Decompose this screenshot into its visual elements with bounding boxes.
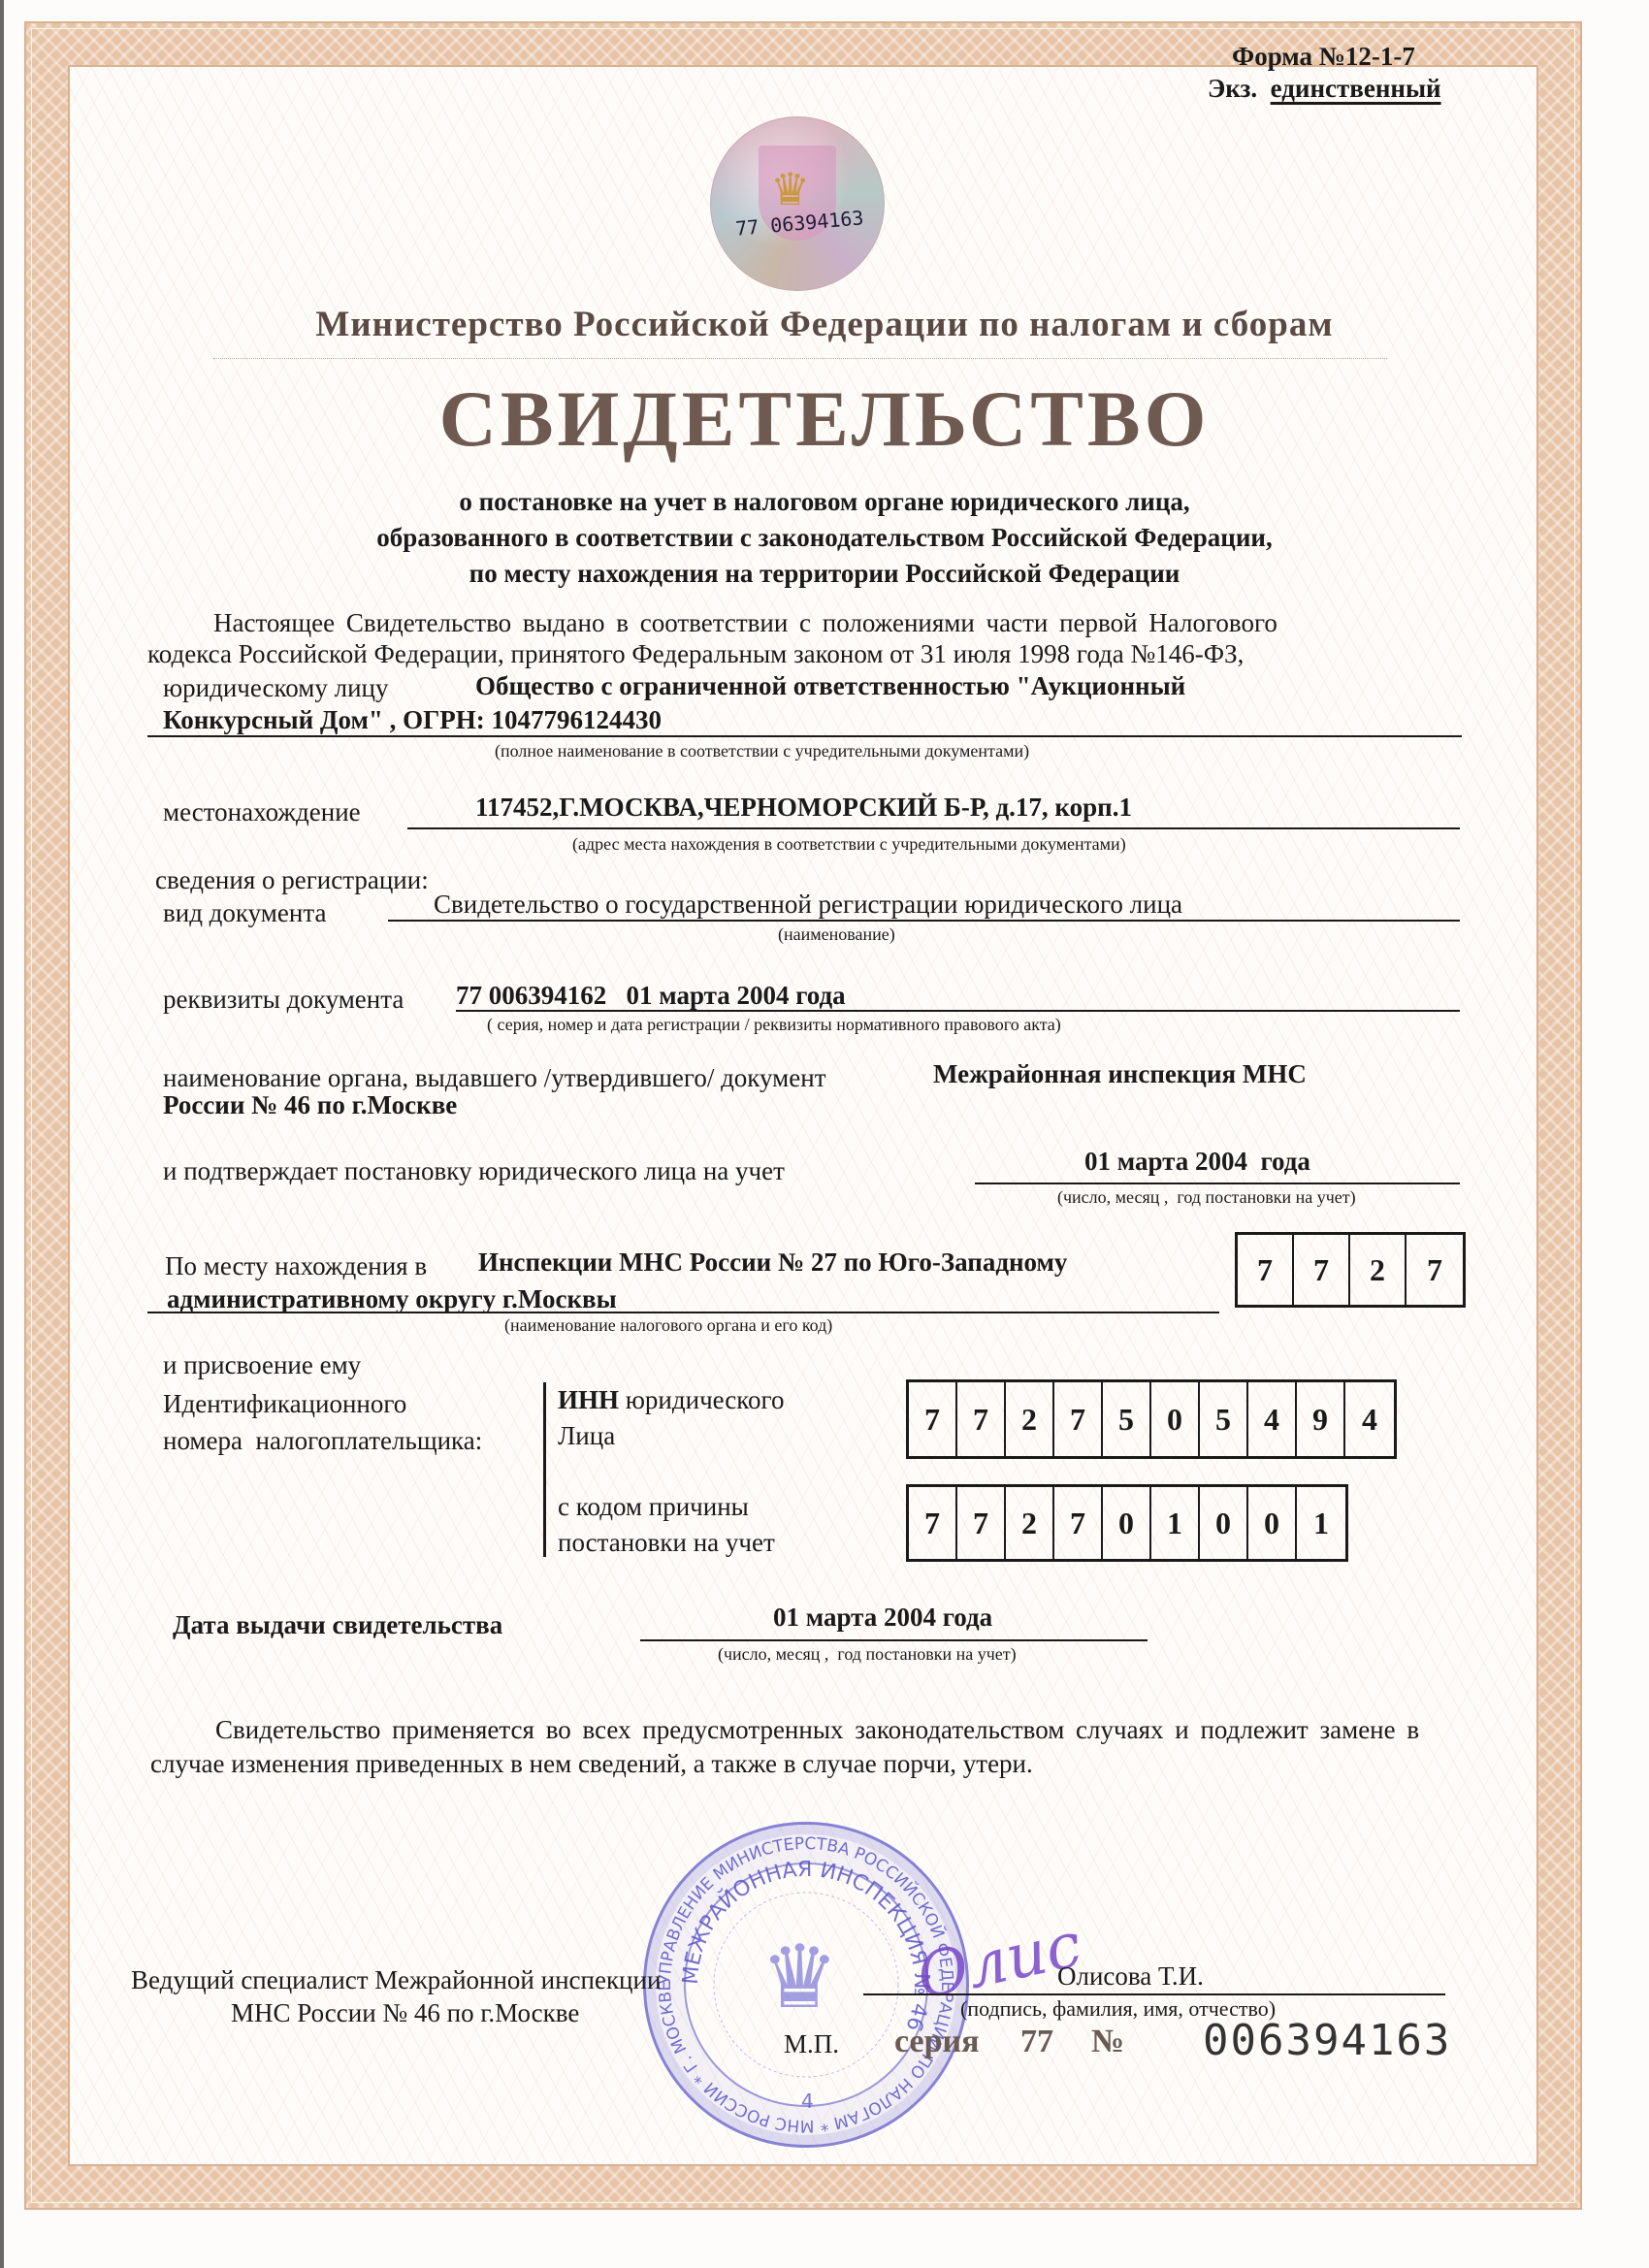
inn-label-line-3: номера налогоплательщика: <box>163 1426 482 1456</box>
certificate-page: Форма №12-1-7 Экз. единственный ♛ 77 063… <box>0 0 1649 2268</box>
inn-label-line-1: и присвоение ему <box>163 1350 361 1380</box>
inn-label-line-2: Идентификационного <box>163 1389 406 1419</box>
issue-date-underline <box>640 1639 1148 1641</box>
inn-abbreviation: ИНН <box>558 1385 619 1414</box>
code-digit-cell: 4 <box>1345 1382 1394 1456</box>
code-digit-cell: 0 <box>1248 1487 1297 1559</box>
stamp-eagle-icon: ♛ <box>760 1927 839 2028</box>
signatory-name: Олисова Т.И. <box>1057 1961 1204 1992</box>
confirmation-note: (число, месяц , год постановки на учет) <box>1057 1187 1356 1208</box>
ministry-name: Министерство Российской Федерации по нал… <box>0 304 1649 345</box>
location-value: 117452,Г.МОСКВА,ЧЕРНОМОРСКИЙ Б-Р, д.17, … <box>475 793 1132 823</box>
subtitle-line-1: о постановке на учет в налоговом органе … <box>0 484 1649 520</box>
number-sign: № <box>1091 2024 1124 2060</box>
tax-office-code-box: 7727 <box>1235 1232 1466 1308</box>
tax-office-underline <box>147 1312 1219 1313</box>
code-digit-cell: 1 <box>1297 1487 1345 1559</box>
kpp-label-line-2: постановки на учет <box>558 1528 775 1558</box>
form-number: Форма №12-1-7 <box>1232 42 1415 72</box>
code-digit-cell: 7 <box>1406 1235 1463 1305</box>
requisites-label: реквизиты документа <box>163 985 404 1015</box>
document-title: СВИДЕТЕЛЬСТВО <box>0 373 1649 465</box>
intro-line-2: кодекса Российской Федерации, принятого … <box>147 639 1244 669</box>
code-digit-cell: 9 <box>1297 1382 1345 1456</box>
code-digit-cell: 0 <box>1103 1487 1151 1559</box>
code-digit-cell: 4 <box>1248 1382 1297 1456</box>
code-digit-cell: 5 <box>1200 1382 1248 1456</box>
hologram-seal: ♛ 77 06394163 <box>710 116 885 291</box>
requisites-value: 77 006394162 01 марта 2004 года <box>456 981 846 1011</box>
code-digit-cell: 0 <box>1151 1382 1200 1456</box>
location-note: (адрес места нахождения в соответствии с… <box>572 834 1126 855</box>
issue-date-value: 01 марта 2004 года <box>773 1603 992 1633</box>
code-digit-cell: 7 <box>957 1382 1006 1456</box>
issue-date-label: Дата выдачи свидетельства <box>173 1610 502 1640</box>
header-divider <box>213 358 1387 359</box>
doc-type-label: вид документа <box>163 898 326 928</box>
code-digit-cell: 2 <box>1350 1235 1406 1305</box>
code-digit-cell: 2 <box>1006 1487 1054 1559</box>
code-digit-cell: 0 <box>1200 1487 1248 1559</box>
entity-label: юридическому лицу <box>163 673 388 703</box>
tax-office-value-line-2: административному округу г.Москвы <box>167 1284 617 1314</box>
inn-code-box: 7727505494 <box>906 1379 1397 1459</box>
code-digit-cell: 7 <box>1054 1382 1103 1456</box>
code-digit-cell: 7 <box>909 1382 957 1456</box>
inn-type-label-rest: юридического <box>619 1385 784 1414</box>
copy-label: Экз. <box>1208 74 1257 103</box>
copy-designation: Экз. единственный <box>1208 74 1441 104</box>
location-label: местонахождение <box>163 797 361 827</box>
requisites-note: ( серия, номер и дата регистрации / рекв… <box>487 1015 1061 1035</box>
doc-type-value: Свидетельство о государственной регистра… <box>434 890 1182 920</box>
code-digit-cell: 7 <box>957 1487 1006 1559</box>
issuer-value-line-1: Межрайонная инспекция МНС <box>933 1059 1307 1089</box>
entity-underline <box>147 735 1462 737</box>
series-value: 77 <box>1020 2024 1053 2060</box>
code-digit-cell: 7 <box>1294 1235 1350 1305</box>
requisites-underline <box>456 1010 1460 1012</box>
code-digit-cell: 7 <box>1054 1487 1103 1559</box>
code-digit-cell: 7 <box>1238 1235 1294 1305</box>
signature-underline <box>863 1993 1445 1995</box>
doc-type-note: (наименование) <box>778 924 895 945</box>
signatory-title-line-1: Ведущий специалист Межрайонной инспекции <box>131 1965 661 1995</box>
validity-line-2: случае изменения приведенных в нем сведе… <box>150 1749 1033 1779</box>
code-digit-cell: 7 <box>909 1487 957 1559</box>
kpp-label-line-1: с кодом причины <box>558 1492 749 1522</box>
inn-type-label: ИНН юридического <box>558 1385 784 1415</box>
eagle-emblem-icon: ♛ <box>770 163 810 215</box>
entity-name-line-2: Конкурсный Дом" , ОГРН: 1047796124430 <box>163 705 662 735</box>
tax-office-label: По месту нахождения в <box>165 1251 427 1281</box>
registration-heading: сведения о регистрации: <box>155 865 429 895</box>
issuer-label: наименование органа, выдавшего /утвердив… <box>163 1063 826 1093</box>
serial-number: 006394163 <box>1203 2016 1451 2065</box>
series-label: серия <box>894 2024 980 2060</box>
inn-section-divider <box>543 1382 546 1557</box>
inn-type-label-line-2: Лица <box>558 1421 615 1451</box>
confirmation-date: 01 марта 2004 года <box>1084 1147 1310 1177</box>
tax-office-value-line-1: Инспекции МНС России № 27 по Юго-Западно… <box>478 1247 1067 1278</box>
subtitle-line-3: по месту нахождения на территории Россий… <box>0 556 1649 592</box>
code-digit-cell: 2 <box>1006 1382 1054 1456</box>
copy-value: единственный <box>1271 74 1441 103</box>
confirmation-underline <box>975 1183 1460 1184</box>
doc-type-underline <box>388 920 1460 922</box>
subtitle-line-2: образованного в соответствии с законодат… <box>0 520 1649 556</box>
entity-note: (полное наименование в соответствии с уч… <box>495 741 1029 761</box>
signatory-title-line-2: МНС России № 46 по г.Москве <box>231 1998 579 2028</box>
issuer-value-line-2: России № 46 по г.Москве <box>163 1090 457 1120</box>
tax-office-note: (наименование налогового органа и его ко… <box>504 1315 832 1336</box>
intro-line-1: Настоящее Свидетельство выдано в соответ… <box>213 608 1277 638</box>
location-underline <box>407 827 1460 829</box>
seal-label: М.П. <box>784 2029 839 2059</box>
code-digit-cell: 5 <box>1103 1382 1151 1456</box>
confirmation-label: и подтверждает постановку юридического л… <box>163 1156 785 1186</box>
issue-date-note: (число, месяц , год постановки на учет) <box>718 1644 1017 1665</box>
code-digit-cell: 1 <box>1151 1487 1200 1559</box>
entity-name-line-1: Общество с ограниченной ответственностью… <box>475 671 1185 701</box>
validity-line-1: Свидетельство применяется во всех предус… <box>215 1715 1419 1745</box>
svg-text:4: 4 <box>801 2090 814 2113</box>
kpp-code-box: 772701001 <box>906 1484 1348 1562</box>
